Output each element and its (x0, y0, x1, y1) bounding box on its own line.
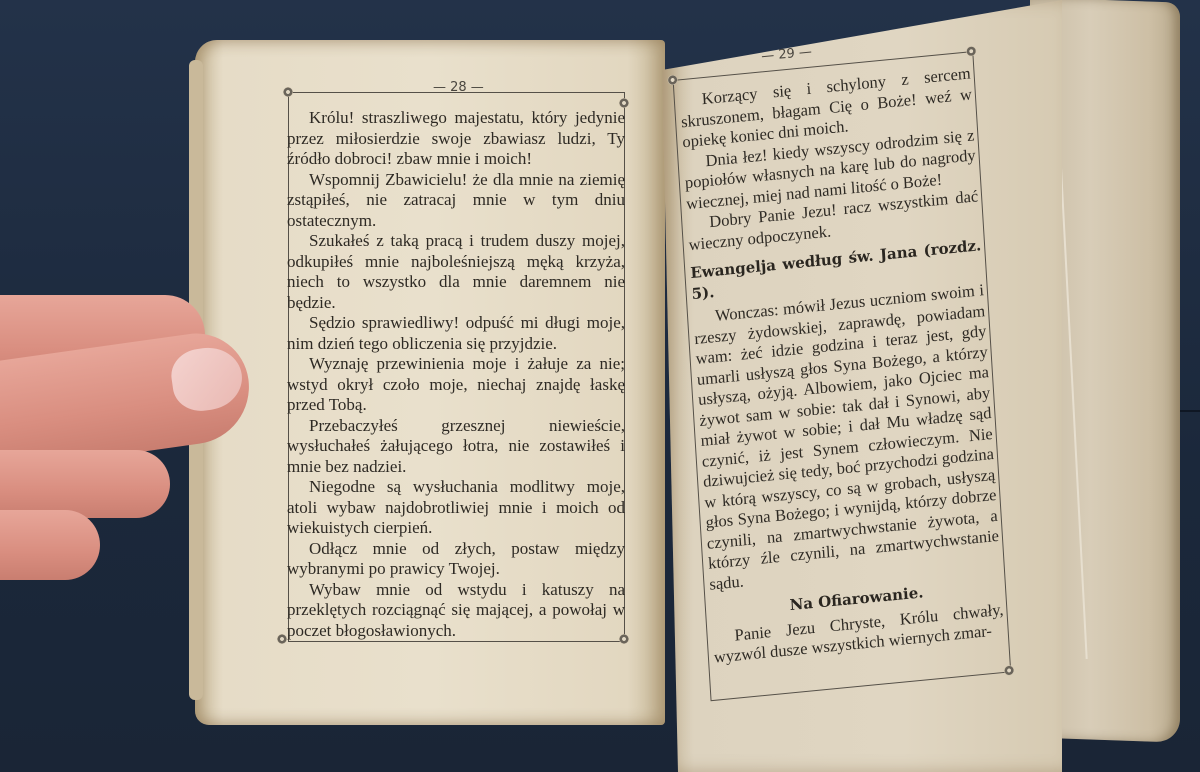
paragraph: Odłącz mnie od złych, postaw między wybr… (287, 539, 625, 580)
left-page-text: Królu! straszliwego majestatu, który jed… (287, 108, 625, 641)
ring-finger (0, 510, 100, 580)
paragraph: Królu! straszliwego majestatu, który jed… (287, 108, 625, 170)
paragraph: Wyznaję przewinienia moje i żałuje za ni… (287, 354, 625, 416)
paragraph: Wspomnij Zbawicielu! że dla mnie na ziem… (287, 170, 625, 232)
frame-corner-ornament (1004, 665, 1015, 676)
right-page-text: Korzący się i schylony z sercem skruszon… (679, 63, 1005, 668)
right-page-content: — 29 — Korzący się i schylony z sercem s… (672, 39, 1030, 709)
paragraph: Wybaw mnie od wstydu i katuszy na przekl… (287, 580, 625, 642)
frame-corner-ornament (283, 87, 293, 97)
paragraph: Przebaczyłeś grzesznej niewieście, wysłu… (287, 416, 625, 478)
left-page: — 28 — Królu! straszliwego majestatu, kt… (195, 40, 665, 725)
frame-corner-ornament (619, 98, 629, 108)
frame-corner-ornament (966, 46, 977, 57)
middle-finger (0, 450, 170, 518)
paragraph: Sędzio sprawiedliwy! odpuść mi długi moj… (287, 313, 625, 354)
frame-corner-ornament (277, 634, 287, 644)
hand-holding-book (0, 290, 250, 590)
paragraph: Szukałeś z taką pracą i trudem duszy moj… (287, 231, 625, 313)
paragraph: Wonczas: mówił Jezus uczniom swoim i rze… (693, 280, 1001, 595)
right-page-number: — 29 — (761, 45, 812, 65)
paragraph: Niegodne są wysłuchania modlitwy moje, a… (287, 477, 625, 539)
